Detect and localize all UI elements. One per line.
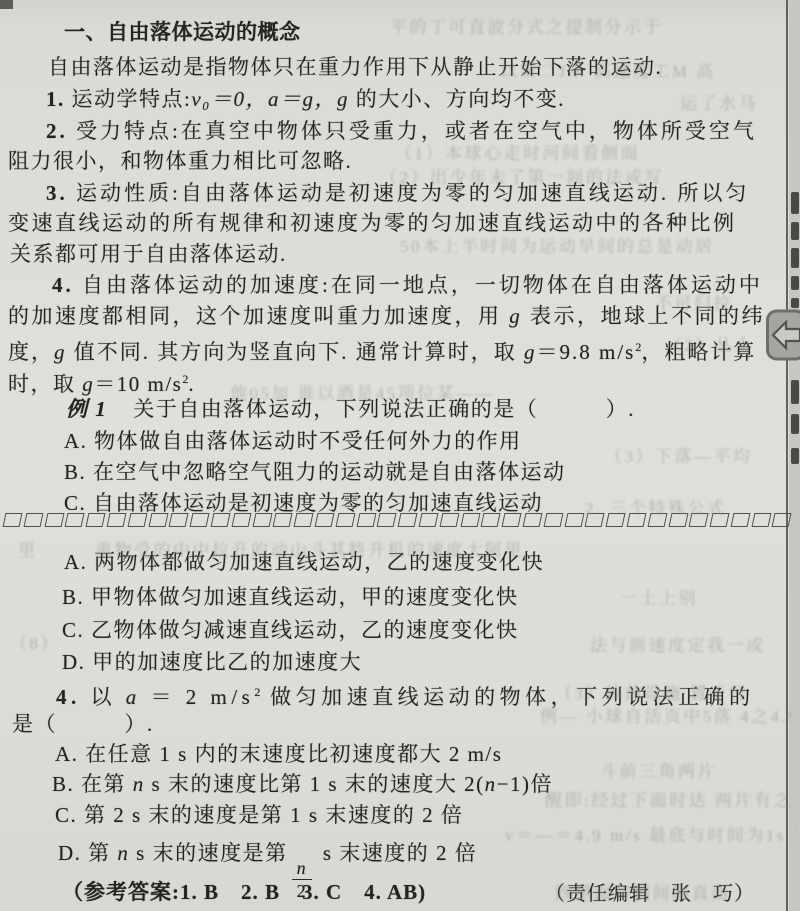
point-4-cont1: 的加速度都相同，这个加速度叫重力加速度，用 g 表示，地球上不同的纬 — [8, 303, 765, 329]
g-symbol: g — [509, 304, 522, 328]
n-symbol: n — [117, 841, 129, 865]
bleedthrough-artifact: 不可归拉 — [655, 289, 785, 313]
page-edge-mark — [791, 448, 799, 464]
separator-box — [65, 513, 84, 527]
separator-box — [210, 513, 229, 527]
bleedthrough-artifact: 以第二J米 高速度工M 高 — [500, 57, 775, 81]
bleedthrough-artifact: 法与画速度定我一或 — [590, 631, 790, 655]
point-1-formula: v₀＝0，a＝g，g — [191, 87, 349, 111]
bleedthrough-artifact: 50本上半时间为运动早间的总是动居 — [400, 232, 765, 256]
question-4-pre: 以 — [81, 685, 126, 709]
separator-box — [502, 513, 521, 527]
g-value-10: ＝10 m/s — [94, 372, 182, 396]
point-2-number: 2. — [46, 119, 68, 143]
bleedthrough-artifact: v＝—＝4.9 m/s 最底与时间为1s 别4,9m/s — [505, 821, 795, 845]
g-symbol: g — [54, 340, 67, 364]
separator-box — [418, 513, 437, 527]
option-text: B. 甲物体做匀加速直线运动，甲的速度变化快 — [62, 585, 519, 609]
bleedthrough-artifact: 他05加 谁以酒是45项位某—— — [230, 379, 690, 403]
point-2-cont-text: 阻力很小，和物体重力相比可忽略. — [8, 149, 352, 173]
point-2-cont: 阻力很小，和物体重力相比可忽略. — [8, 148, 352, 174]
separator-box — [335, 513, 354, 527]
separator-box — [252, 513, 271, 527]
separator-box — [3, 513, 22, 527]
separator-box — [564, 513, 583, 527]
option-text: s 末的速度是第 — [129, 841, 287, 865]
bleedthrough-artifact: （2）出少年末了第一间的法或写 — [380, 163, 710, 187]
question-4-option-b: B. 在第 n s 末的速度比第 1 s 末的速度大 2(n−1)倍 — [52, 771, 553, 797]
question-3-option-d: D. 甲的加速度比乙的加速度大 — [62, 649, 362, 675]
separator-box — [294, 513, 313, 527]
bleedthrough-artifact: 例— 小球自活页中5落 4之4.9 m 的间隔 可知 — [540, 702, 792, 726]
g-symbol: g — [524, 340, 537, 364]
separator-box — [127, 513, 146, 527]
fraction-numerator: n — [292, 859, 313, 879]
question-3-option-c: C. 乙物体做匀减速直线运动，乙的速度变化快 — [62, 617, 519, 643]
bleedthrough-artifact: 运了水马 — [680, 89, 780, 113]
question-4-number: 4. — [56, 685, 81, 709]
separator-box — [460, 513, 479, 527]
option-text: D. 第 — [58, 841, 117, 865]
point-1-number: 1. — [46, 87, 65, 111]
a-value: ＝ 2 m/s — [141, 685, 255, 709]
page-edge-mark — [791, 248, 799, 268]
question-4-cont: 是（ ）. — [12, 711, 154, 737]
bleedthrough-artifact: 里 — [18, 536, 40, 560]
g-symbol: g — [82, 372, 94, 396]
example-1-option-a: A. 物体做自由落体运动时不受任何外力的作用 — [64, 428, 522, 454]
option-text: B. 在空气中忽略空气阻力的运动就是自由落体运动 — [64, 460, 566, 484]
question-3-option-b: B. 甲物体做匀加速直线运动，甲的速度变化快 — [62, 584, 519, 610]
page-edge-mark — [791, 414, 799, 434]
point-4-cont2: 度，g 值不同. 其方向为竖直向下. 通常计算时，取 g＝9.8 m/s2，粗略… — [8, 334, 756, 365]
separator-box — [398, 513, 417, 527]
separator-box — [86, 513, 105, 527]
g-value-9-8: ＝9.8 m/s — [537, 340, 636, 364]
separator-box — [23, 513, 42, 527]
bleedthrough-artifact: 平的丁可直波分式之提制分示于 — [390, 13, 770, 37]
option-text: s 末速度的 2 倍 — [316, 841, 477, 865]
point-3-cont2: 关系都可用于自由落体运动. — [10, 241, 287, 267]
a-symbol: a — [126, 685, 141, 709]
n-symbol: n — [133, 772, 145, 796]
question-4-cont-text: 是（ ）. — [12, 712, 154, 736]
separator-box — [314, 513, 333, 527]
page-edge-mark — [791, 222, 799, 240]
option-text: s 末的速度比第 1 s 末的速度大 2( — [145, 772, 485, 796]
reference-answers: （参考答案:1. B 2. B 3. C 4. AB) — [62, 879, 426, 905]
separator-box — [44, 513, 63, 527]
point-3-number: 3. — [46, 181, 68, 205]
option-text: D. 甲的加速度比乙的加速度大 — [62, 650, 362, 674]
bleedthrough-artifact: （3）体前设施 置于行 — [555, 679, 785, 703]
separator-box — [106, 513, 125, 527]
point-4-c3pre: 时，取 — [8, 372, 82, 396]
separator-box — [481, 513, 500, 527]
option-text: C. 第 2 s 末的速度是第 1 s 末速度的 2 倍 — [55, 803, 463, 827]
question-4-option-a: A. 在任意 1 s 内的末速度比初速度都大 2 m/s — [55, 741, 502, 767]
separator-box — [772, 513, 791, 527]
page: 一、自由落体运动的概念 自由落体运动是指物体只在重力作用下从静止开始下落的运动.… — [0, 0, 800, 911]
bleedthrough-artifact: （2）丛土 — [665, 331, 785, 355]
bleedthrough-artifact: （1）本球心走时河间看侧面 — [395, 139, 675, 163]
bleedthrough-artifact: （3）下落—平均 — [605, 442, 770, 466]
scan-corner-mark — [0, 0, 13, 9]
separator-box — [356, 513, 375, 527]
separator-box — [169, 513, 188, 527]
bleedthrough-artifact: 一土上别 — [620, 584, 770, 608]
page-edge-mark — [791, 192, 799, 214]
option-text: B. 在第 — [52, 772, 133, 796]
separator-box — [439, 513, 458, 527]
page-edge-mark — [791, 298, 799, 308]
separator-box — [148, 513, 167, 527]
page-edge-mark — [791, 380, 799, 404]
point-4-c1pre: 的加速度都相同，这个加速度叫重力加速度，用 — [8, 304, 509, 328]
section-heading: 一、自由落体运动的概念 — [64, 19, 301, 45]
separator-box — [543, 513, 562, 527]
point-4-c2pre: 度， — [8, 340, 54, 364]
option-text: C. 自由落体运动是初速度为零的匀加速直线运动 — [64, 491, 543, 515]
point-4-number: 4. — [52, 273, 74, 297]
example-1-label: 例 1 — [66, 397, 107, 421]
separator-box — [273, 513, 292, 527]
section-heading-text: 一、自由落体运动的概念 — [64, 20, 301, 44]
point-1-label: 运动学特点: — [65, 87, 192, 111]
point-4-cont3: 时，取 g＝10 m/s2. — [8, 366, 195, 397]
question-4-option-c: C. 第 2 s 末的速度是第 1 s 末速度的 2 倍 — [55, 802, 463, 828]
bleedthrough-artifact: 2. 三个特殊公式 — [585, 494, 770, 518]
point-1-line: 1. 运动学特点:v₀＝0，a＝g，g 的大小、方向均不变. — [46, 86, 565, 112]
separator-box — [522, 513, 541, 527]
point-1-rest: 的大小、方向均不变. — [349, 87, 565, 111]
bleedthrough-artifact: （8） — [10, 629, 50, 653]
point-3-cont2-text: 关系都可用于自由落体运动. — [10, 242, 287, 266]
bleedthrough-artifact: 斗前三角两片 — [600, 757, 790, 781]
bleedthrough-artifact: 四里面与别间隔真面 — [555, 879, 755, 903]
point-4-c2mid: 值不同. 其方向为竖直向下. 通常计算时，取 — [67, 340, 525, 364]
bleedthrough-artifact: 重物受的中中拉升的动山斗其特升机的速度大阿里 — [95, 536, 750, 560]
example-1-option-b: B. 在空气中忽略空气阻力的运动就是自由落体运动 — [64, 459, 566, 485]
separator-box — [190, 513, 209, 527]
bleedthrough-artifact: 醒即:经过下面时达 两片有之间的间隔 — [545, 786, 795, 810]
option-text: A. 在任意 1 s 内的末速度比初速度都大 2 m/s — [55, 742, 502, 766]
option-text: A. 物体做自由落体运动时不受任何外力的作用 — [64, 429, 522, 453]
separator-box — [377, 513, 396, 527]
page-edge-mark — [791, 276, 799, 290]
reference-answers-text: （参考答案:1. B 2. B 3. C 4. AB) — [62, 880, 426, 904]
option-text: C. 乙物体做匀减速直线运动，乙的速度变化快 — [62, 618, 519, 642]
period: . — [188, 372, 195, 396]
n-symbol: n — [485, 772, 497, 796]
separator-box — [231, 513, 250, 527]
